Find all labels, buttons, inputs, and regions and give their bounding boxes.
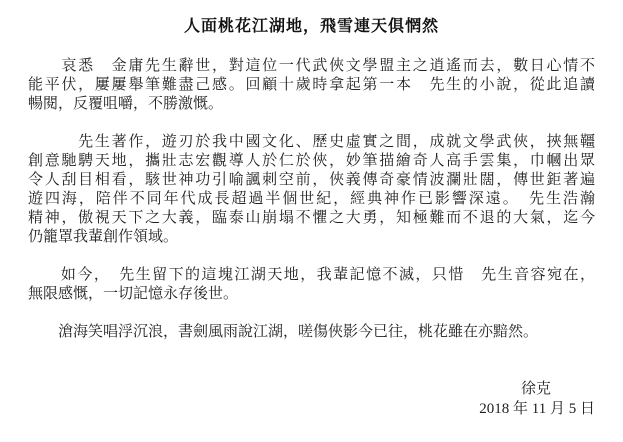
paragraph-3: 如今， 先生留下的這塊江湖天地，我輩記憶不滅，只惜 先生音容宛在， 無限感慨，一… bbox=[28, 266, 595, 304]
signature-block: 徐克 2018 年 11 月 5 日 bbox=[0, 379, 595, 419]
text-line: 滄海笑唱浮沉浪，書劍風雨說江湖，嗟傷俠影今已往，桃花雖在亦黯然。 bbox=[28, 323, 595, 342]
text-line: 創意馳騁天地，攜壯志宏觀導人於仁於俠，妙筆描繪奇人高手雲集，巾幗出眾 bbox=[28, 152, 595, 171]
signature-date: 2018 年 11 月 5 日 bbox=[443, 399, 595, 419]
letter-page: 人面桃花江湖地，飛雪連天俱惘然 哀悉 金庸先生辭世，對這位一代武俠文學盟主之逍遙… bbox=[0, 0, 623, 442]
letter-title: 人面桃花江湖地，飛雪連天俱惘然 bbox=[0, 13, 623, 36]
text-line: 遊四海，陪伴不同年代成長超過半個世紀，經典神作已影響深遠。 先生浩瀚 bbox=[28, 190, 595, 209]
text-line: 暢閱，反覆咀嚼，不勝激慨。 bbox=[28, 95, 595, 114]
text-line: 令人刮目相看，駭世神功引喻諷刺空前，俠義傳奇豪情波瀾壯闊，傳世鉅著遍 bbox=[28, 171, 595, 190]
text-line: 無限感慨，一切記憶永存後世。 bbox=[28, 285, 595, 304]
text-line: 仍籠罩我輩創作領域。 bbox=[28, 228, 595, 247]
text-line: 能平伏，屢屢舉筆難盡己感。回顧十歲時拿起第一本 先生的小說，從此追讀 bbox=[28, 76, 595, 95]
text-line: 精神，傲視天下之大義，臨泰山崩塌不懼之大勇，知極難而不退的大氣，迄今 bbox=[28, 209, 595, 228]
paragraph-4: 滄海笑唱浮沉浪，書劍風雨說江湖，嗟傷俠影今已往，桃花雖在亦黯然。 bbox=[28, 323, 595, 342]
signature-name: 徐克 bbox=[443, 379, 595, 399]
signature-box: 徐克 2018 年 11 月 5 日 bbox=[443, 379, 595, 419]
text-line: 哀悉 金庸先生辭世，對這位一代武俠文學盟主之逍遙而去，數日心情不 bbox=[28, 57, 595, 76]
paragraph-1: 哀悉 金庸先生辭世，對這位一代武俠文學盟主之逍遙而去，數日心情不 能平伏，屢屢舉… bbox=[28, 57, 595, 114]
text-line: 先生著作，遊刃於我中國文化、歷史虛實之間，成就文學武俠，挾無韁 bbox=[28, 133, 595, 152]
text-line: 如今， 先生留下的這塊江湖天地，我輩記憶不滅，只惜 先生音容宛在， bbox=[28, 266, 595, 285]
letter-body: 哀悉 金庸先生辭世，對這位一代武俠文學盟主之逍遙而去，數日心情不 能平伏，屢屢舉… bbox=[28, 57, 595, 342]
paragraph-2: 先生著作，遊刃於我中國文化、歷史虛實之間，成就文學武俠，挾無韁 創意馳騁天地，攜… bbox=[28, 133, 595, 247]
